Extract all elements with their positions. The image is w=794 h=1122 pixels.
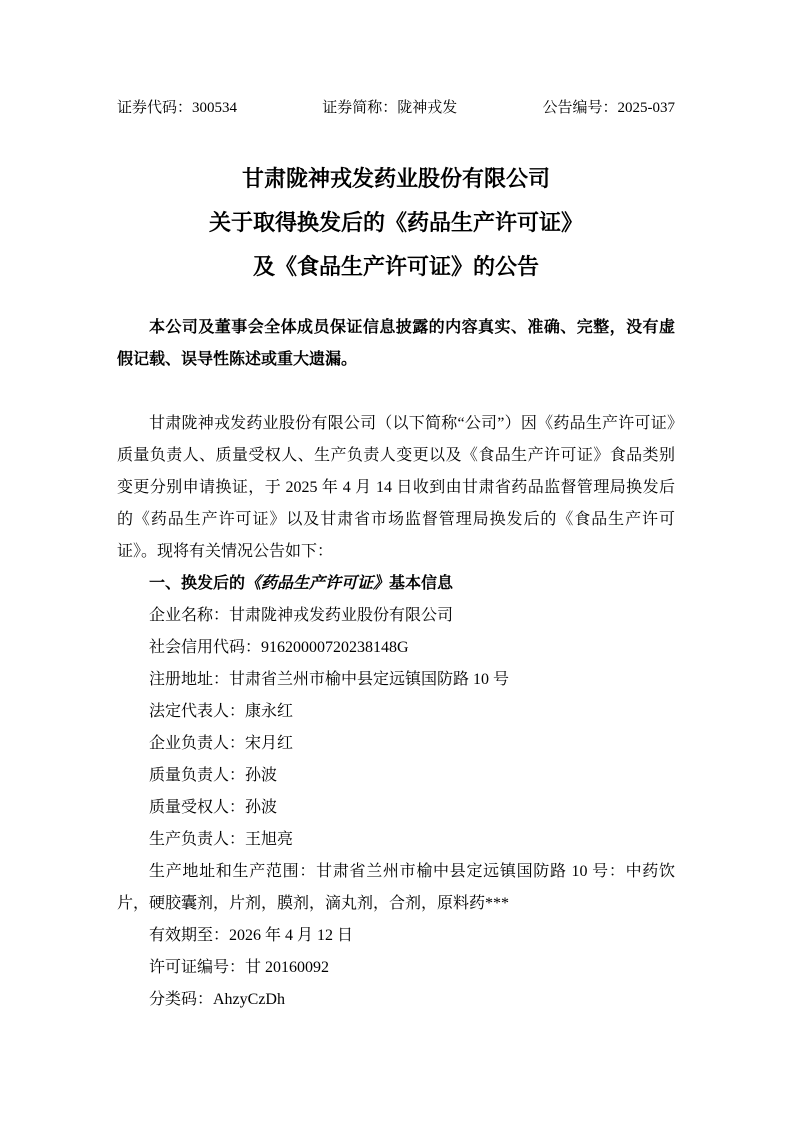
info-item-credit-code: 社会信用代码：91620000720238148G [117, 632, 675, 664]
doc-header: 证券代码：300534 证券简称：陇神戎发 公告编号：2025-037 [117, 98, 675, 118]
info-item-classification-code: 分类码：AhzyCzDh [117, 984, 675, 1016]
info-item-legal-representative: 法定代表人：康永红 [117, 696, 675, 728]
info-item-production-head: 生产负责人：王旭亮 [117, 824, 675, 856]
title-line-1: 甘肃陇神戎发药业股份有限公司 [117, 157, 675, 201]
info-item-license-number: 许可证编号：甘 20160092 [117, 952, 675, 984]
security-name: 证券简称：陇神戎发 [322, 98, 457, 118]
section-heading-suffix: 基本信息 [389, 575, 453, 592]
info-item-company-name: 企业名称：甘肃陇神戎发药业股份有限公司 [117, 600, 675, 632]
info-item-registered-address: 注册地址：甘肃省兰州市榆中县定远镇国防路 10 号 [117, 664, 675, 696]
security-code: 证券代码：300534 [117, 98, 237, 118]
announcement-number: 公告编号：2025-037 [543, 98, 676, 118]
section-heading-license: 《药品生产许可证》 [245, 575, 389, 592]
doc-title: 甘肃陇神戎发药业股份有限公司 关于取得换发后的《药品生产许可证》 及《食品生产许… [117, 157, 675, 289]
section-heading: 一、换发后的《药品生产许可证》基本信息 [117, 568, 675, 600]
info-item-valid-until: 有效期至：2026 年 4 月 12 日 [117, 920, 675, 952]
intro-paragraph: 甘肃陇神戎发药业股份有限公司（以下简称“公司”）因《药品生产许可证》质量负责人、… [117, 408, 675, 568]
info-item-quality-head: 质量负责人：孙波 [117, 760, 675, 792]
document-page: 证券代码：300534 证券简称：陇神戎发 公告编号：2025-037 甘肃陇神… [0, 0, 794, 1122]
info-item-production-scope: 生产地址和生产范围：甘肃省兰州市榆中县定远镇国防路 10 号：中药饮片，硬胶囊剂… [117, 856, 675, 920]
info-item-quality-authorized: 质量受权人：孙波 [117, 792, 675, 824]
title-line-2: 关于取得换发后的《药品生产许可证》 [117, 201, 675, 245]
info-item-company-head: 企业负责人：宋月红 [117, 728, 675, 760]
info-list: 企业名称：甘肃陇神戎发药业股份有限公司 社会信用代码：9162000072023… [117, 600, 675, 1016]
section-heading-prefix: 一、换发后的 [149, 575, 245, 592]
title-line-3: 及《食品生产许可证》的公告 [117, 245, 675, 289]
disclaimer-paragraph: 本公司及董事会全体成员保证信息披露的内容真实、准确、完整，没有虚假记载、误导性陈… [117, 312, 675, 376]
